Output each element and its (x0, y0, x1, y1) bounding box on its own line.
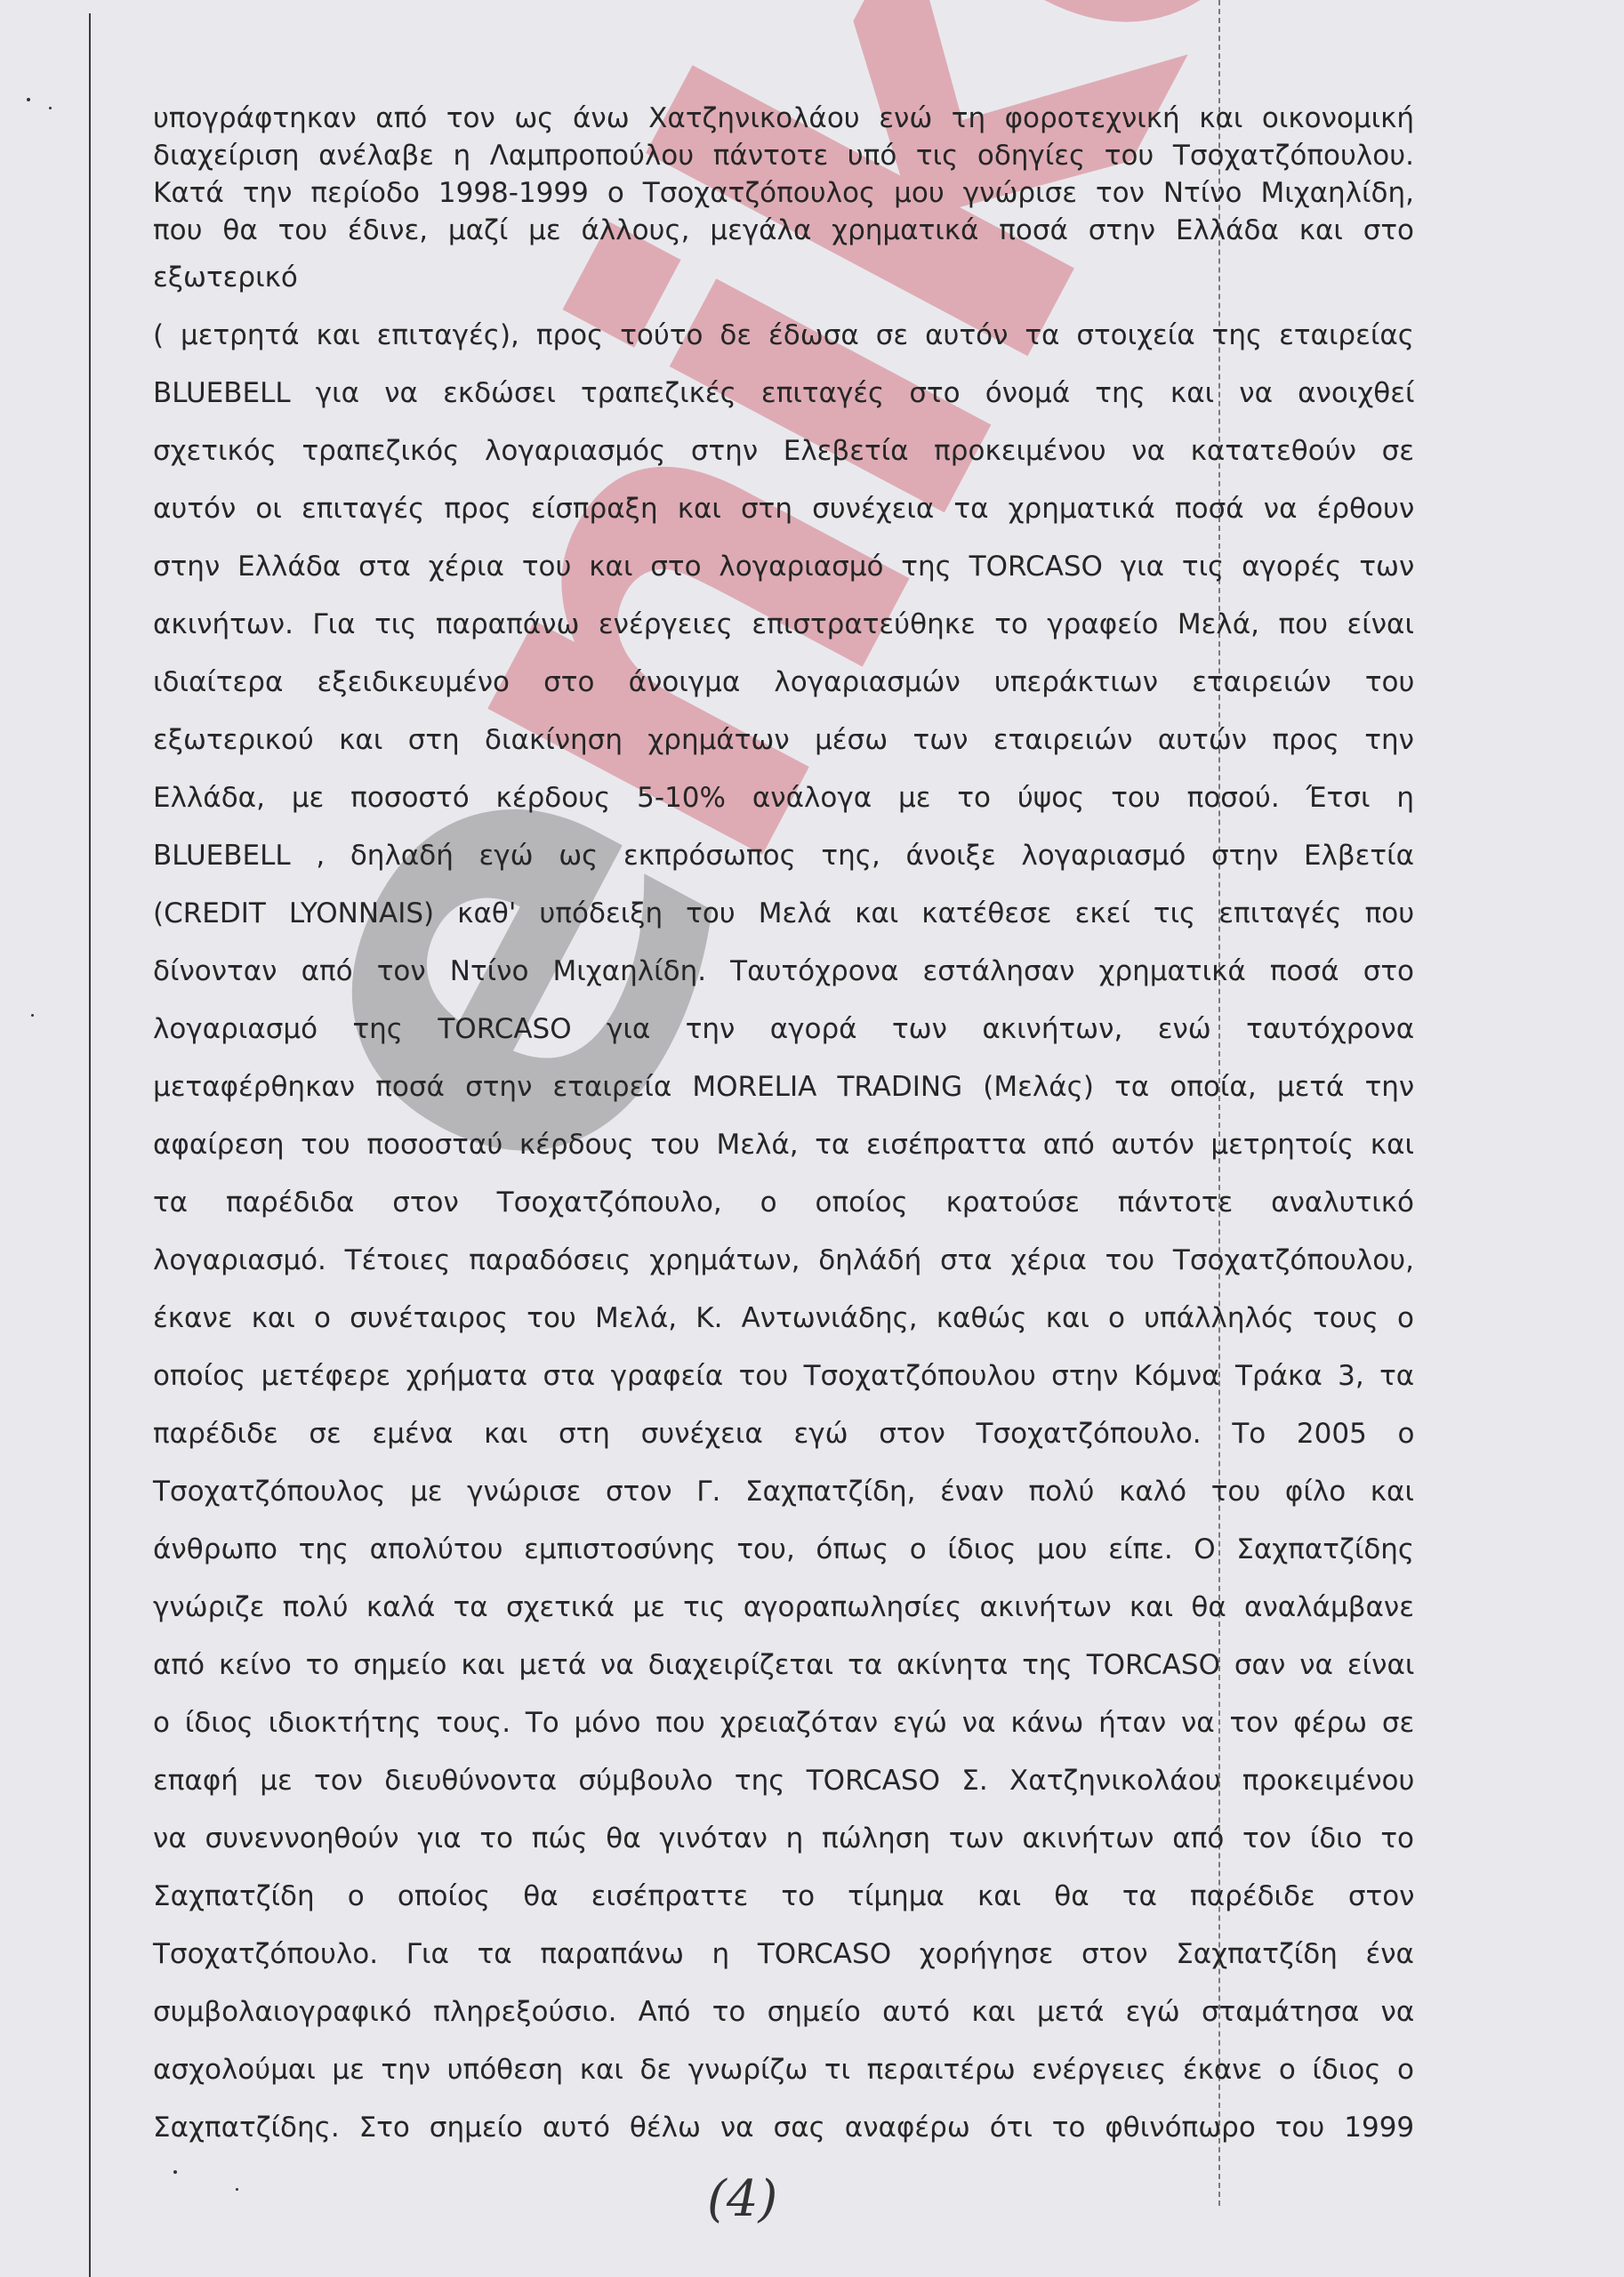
text-line: εξωτερικό (153, 249, 1414, 307)
text-line: υπογράφτηκαν από τον ως άνω Χατζηνικολάο… (153, 100, 1414, 137)
text-line: λογαριασμό. Τέτοιες παραδόσεις χρημάτων,… (153, 1232, 1414, 1290)
text-line: άνθρωπο της απολύτου εμπιστοσύνης του, ό… (153, 1521, 1414, 1579)
text-line: ακινήτων. Για τις παραπάνω ενέργειες επι… (153, 596, 1414, 654)
text-line: επαφή με τον διευθύνοντα σύμβουλο της TO… (153, 1752, 1414, 1810)
text-line: έκανε και ο συνέταιρος του Μελά, Κ. Αντω… (153, 1290, 1414, 1348)
text-line: από κείνο το σημείο και μετά να διαχειρί… (153, 1637, 1414, 1694)
text-line: ο ίδιος ιδιοκτήτης τους. Το μόνο που χρε… (153, 1694, 1414, 1752)
text-line: Σαχπατζίδης. Στο σημείο αυτό θέλω να σας… (153, 2099, 1414, 2157)
text-line: BLUEBELL για να εκδώσει τραπεζικές επιτα… (153, 365, 1414, 422)
text-line: Κατά την περίοδο 1998-1999 ο Τσοχατζόπου… (153, 174, 1414, 212)
text-line: ( μετρητά και επιταγές), προς τούτο δε έ… (153, 307, 1414, 365)
text-line: που θα του έδινε, μαζί με άλλους, μεγάλα… (153, 212, 1414, 249)
text-line: Ελλάδα, με ποσοστό κέρδους 5-10% ανάλογα… (153, 769, 1414, 827)
text-line: λογαριασμό της TORCASO για την αγορά των… (153, 1001, 1414, 1058)
text-line: παρέδιδε σε εμένα και στη συνέχεια εγώ σ… (153, 1405, 1414, 1463)
text-line: μεταφέρθηκαν ποσά στην εταιρεία MORELIA … (153, 1058, 1414, 1116)
scan-speck (27, 98, 30, 101)
text-line: οποίος μετέφερε χρήματα στα γραφεία του … (153, 1348, 1414, 1405)
text-line: γνώριζε πολύ καλά τα σχετικά με τις αγορ… (153, 1579, 1414, 1637)
text-line: να συνεννοηθούν για το πώς θα γινόταν η … (153, 1810, 1414, 1868)
text-line: αυτόν οι επιταγές προς είσπραξη και στη … (153, 480, 1414, 538)
scan-speck (49, 107, 52, 109)
scan-speck (31, 1014, 34, 1017)
text-line: στην Ελλάδα στα χέρια του και στο λογαρι… (153, 538, 1414, 596)
text-line: σχετικός τραπεζικός λογαριασμός στην Ελε… (153, 422, 1414, 480)
text-line: BLUEBELL , δηλαδή εγώ ως εκπρόσωπος της,… (153, 827, 1414, 885)
document-body: υπογράφτηκαν από τον ως άνω Χατζηνικολάο… (153, 100, 1414, 2157)
page-number: (4) (707, 2170, 777, 2228)
text-line: Τσοχατζόπουλος με γνώρισε στον Γ. Σαχπατ… (153, 1463, 1414, 1521)
text-line: Σαχπατζίδη ο οποίος θα εισέπραττε το τίμ… (153, 1868, 1414, 1926)
scan-speck (173, 2170, 177, 2174)
text-line: ιδιαίτερα εξειδικευμένο στο άνοιγμα λογα… (153, 654, 1414, 712)
text-line: συμβολαιογραφικό πληρεξούσιο. Από το σημ… (153, 1983, 1414, 2041)
text-line: Τσοχατζόπουλο. Για τα παραπάνω η TORCASO… (153, 1926, 1414, 1983)
text-line: εξωτερικού και στη διακίνηση χρημάτων μέ… (153, 712, 1414, 769)
text-line: αφαίρεση του ποσοσταύ κέρδους του Μελά, … (153, 1116, 1414, 1174)
scan-speck (236, 2188, 238, 2191)
text-line: τα παρέδιδα στον Τσοχατζόπουλο, ο οποίος… (153, 1174, 1414, 1232)
text-line: διαχείριση ανέλαβε η Λαμπροπούλου πάντοτ… (153, 137, 1414, 174)
text-line: (CREDIT LYONNAIS) καθ' υπόδειξη του Μελά… (153, 885, 1414, 943)
text-line: δίνονταν από τον Ντίνο Μιχαηλίδη. Ταυτόχ… (153, 943, 1414, 1001)
page-margin-line (89, 13, 91, 2277)
text-line: ασχολούμαι με την υπόθεση και δε γνωρίζω… (153, 2041, 1414, 2099)
